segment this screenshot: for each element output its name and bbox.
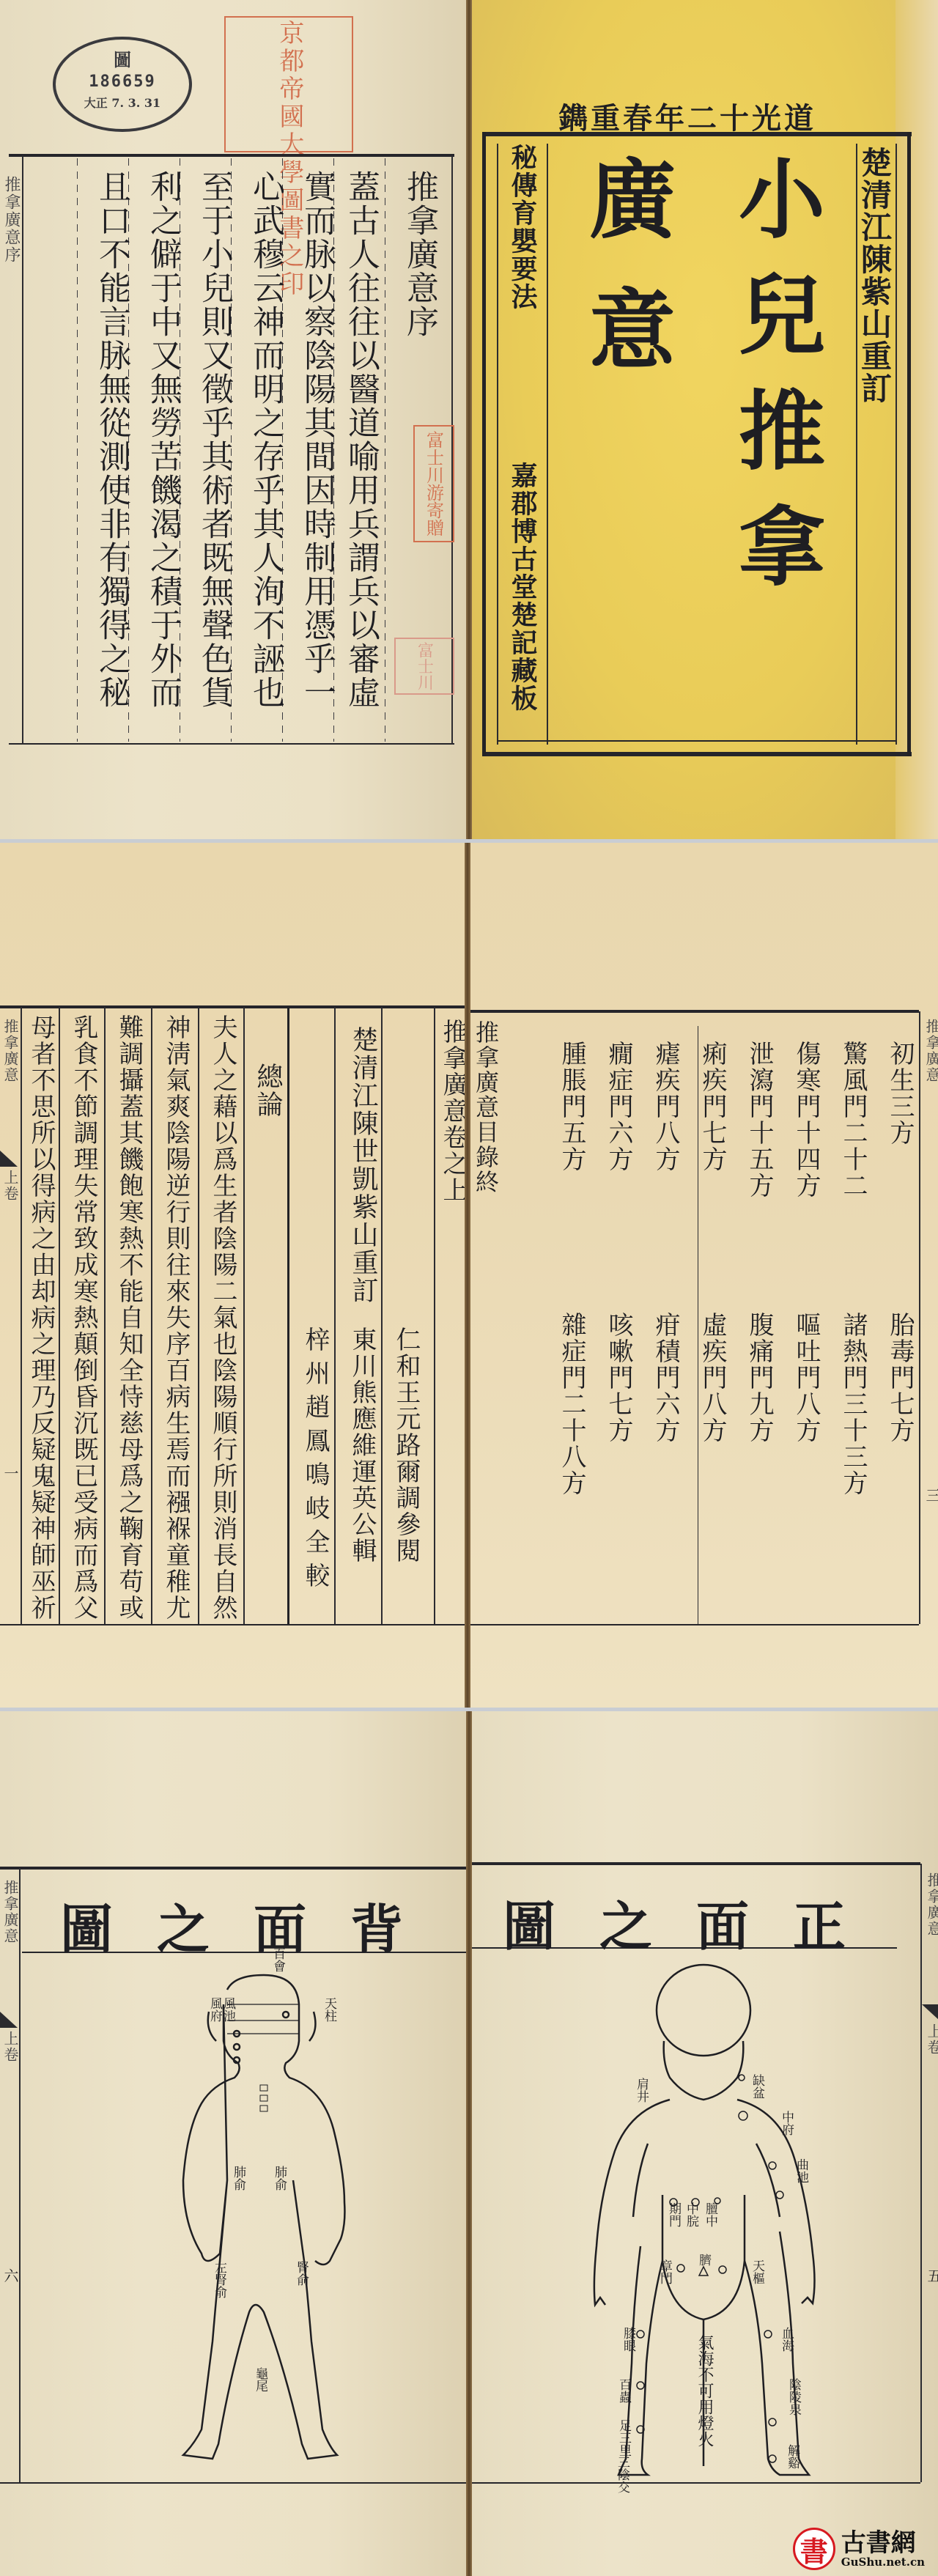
margin-volume: 上卷 (923, 2023, 938, 2056)
body-col-1: 夫人之藉以爲生者陰陽二氣也陰陽順行所則消長自然 (205, 1014, 241, 1621)
stamp-top-glyph: 圖 (56, 45, 189, 71)
margin-volume: 上卷 (0, 1170, 21, 1202)
margin-title: 推拿廣意 (0, 1880, 21, 1944)
acupoint-label: 肩井 (635, 2078, 647, 2103)
acupoint-label: 風池 (221, 1997, 234, 2022)
contents-item: 虛疾門八方 (695, 1312, 731, 1444)
book-spine (466, 0, 472, 839)
title-frame-bottom (482, 752, 912, 756)
gushu-watermark: 書 古書網 GuShu.net.cn (793, 2528, 925, 2570)
page-number: 六 (0, 2268, 21, 2284)
contents-item: 傷寒門十四方 (789, 1041, 824, 1199)
publisher: 嘉郡博古堂楚記藏板 (504, 462, 542, 712)
acupoint-label: 期門 (667, 2202, 679, 2227)
contents-end-note: 推拿廣意目錄終 (470, 1020, 503, 1195)
reviewer-line: 仁和王元路爾調參閱 (388, 1326, 424, 1564)
stamp-date: 大正 7. 3. 31 (56, 94, 189, 111)
acupoint-label: 天柱 (322, 1997, 335, 2022)
contents-page: 推拿廣意目錄終 初生三方 驚風門二十二 傷寒門十四方 泄瀉門十五方 痢疾門七方 … (470, 843, 938, 1708)
spread-title-and-preface: 圖 186659 大正 7. 3. 31 京都帝國大學圖書之印 推拿廣意序 蓋古… (0, 0, 938, 839)
contents-item: 諸熱門三十三方 (835, 1312, 871, 1496)
preface-col-3: 心武穆云神而明之存乎其人洵不誣也 (242, 170, 289, 709)
contents-item: 初生三方 (882, 1041, 918, 1146)
acupoint-label: 解谿 (786, 2444, 798, 2469)
acupoint-label: 足三里 (617, 2419, 629, 2457)
frame-top-rule (0, 1005, 465, 1008)
acupoint-label: 風府 (208, 1997, 221, 2022)
page-number: 三 (922, 1488, 938, 1504)
frame-top-rule (0, 1867, 466, 1870)
compiler-line: 東川熊應維運英公輯 (344, 1326, 380, 1564)
watermark-name: 古書網 (841, 2531, 925, 2555)
proofreader-line: 梓州趙鳳鳴岐全較 (298, 1326, 333, 1596)
watermark-url: GuShu.net.cn (841, 2557, 925, 2568)
front-view-page: 正面之圖 肩井 缺盆 中府 (472, 1711, 938, 2576)
preface-heading: 推拿廣意序 (396, 170, 443, 339)
acupoint-label: 天樞 (750, 2259, 763, 2284)
book-spine (466, 1711, 472, 2576)
body-col-3: 難調攝蓋其饑飽寒熱不能自知全恃慈母爲之鞠育苟或 (111, 1014, 147, 1621)
preface-col-2: 實而脉以察陰陽其間因時制用憑乎一 (293, 170, 340, 709)
margin-volume: 上卷 (0, 2031, 21, 2063)
contents-item: 嘔吐門八方 (789, 1312, 824, 1444)
preface-page: 圖 186659 大正 7. 3. 31 京都帝國大學圖書之印 推拿廣意序 蓋古… (0, 0, 466, 839)
library-oval-stamp: 圖 186659 大正 7. 3. 31 (53, 37, 192, 132)
title-page: 道光十二年春重鐫 楚清江陳紫山重訂 小兒推拿 廣意 秘傳育嬰要法 嘉郡博古堂楚記… (472, 0, 938, 839)
main-title-col-1: 小兒推拿 (731, 154, 818, 617)
book-spine (465, 843, 470, 1708)
spread-contents-and-general-discussion: 推拿廣意卷之上 楚清江陳世凱紫山重訂 仁和王元路爾調參閱 東川熊應維運英公輯 梓… (0, 843, 938, 1708)
acupoint-label: 中府 (780, 2111, 792, 2136)
red-small-seal: 富士川 (394, 638, 454, 695)
page-number: 一 (0, 1466, 21, 1482)
margin-title: 推拿廣意 (922, 1019, 938, 1083)
section-heading: 總論 (249, 1063, 287, 1118)
fishtail-mark (922, 2004, 938, 2020)
body-col-2: 神淸氣爽陰陽逆行則往來失序百病生焉而襁褓童稚尤 (158, 1014, 194, 1621)
contents-item: 咳嗽門七方 (601, 1312, 637, 1444)
contents-item: 瘧疾門八方 (648, 1041, 684, 1173)
contents-item: 疳積門六方 (648, 1312, 684, 1444)
acupoint-label: 左腎俞 (213, 2261, 225, 2298)
volume-heading: 推拿廣意卷之上 (435, 1019, 465, 1203)
preface-col-1: 蓋古人往往以醫道喻用兵謂兵以審虛 (344, 170, 377, 709)
acupoint-label: 中脘 (684, 2202, 697, 2227)
contents-item: 雜症門二十八方 (554, 1312, 590, 1496)
contents-item: 驚風門二十二 (835, 1041, 871, 1199)
acupoint-label: 缺盆 (750, 2074, 763, 2099)
preface-col-5: 利之僻于中又無勞苦饑渴之積于外而 (139, 170, 186, 709)
reviser-line: 楚清江陳世凱紫山重訂 (344, 1026, 382, 1304)
contents-item: 腫脹門五方 (554, 1041, 590, 1173)
acupoint-label: 膝眼 (621, 2327, 634, 2352)
main-title-col-2: 廣意 (582, 154, 668, 415)
margin-title: 推拿廣意序 (0, 176, 23, 264)
contents-item: 泄瀉門十五方 (742, 1041, 778, 1199)
acupoint-label: 陰陵泉 (787, 2378, 799, 2416)
preface-col-6: 且口不能言脉無從測使非有獨得之秘 (88, 170, 135, 709)
reviser-credit: 楚清江陳紫山重訂 (859, 147, 890, 405)
stamp-number: 186659 (56, 73, 189, 91)
red-donor-seal: 富士川游寄贈 (413, 425, 454, 542)
contents-item: 胎毒門七方 (882, 1312, 918, 1444)
subtitle: 秘傳育嬰要法 (504, 144, 542, 311)
acupoint-label: 章門 (658, 2259, 671, 2284)
back-view-heading: 背面之圖 (59, 1887, 447, 1963)
fishtail-mark (0, 1151, 18, 1167)
acupoint-label: 曲池 (794, 2158, 807, 2183)
general-discussion-page: 推拿廣意卷之上 楚清江陳世凱紫山重訂 仁和王元路爾調參閱 東川熊應維運英公輯 梓… (0, 843, 465, 1708)
frame-bottom-rule (0, 1624, 465, 1625)
spread-body-diagrams: 背面之圖 百會 風池 風府 天柱 肺俞 肺俞 左腎俞 腎俞 龜尾 (0, 1711, 938, 2576)
back-view-page: 背面之圖 百會 風池 風府 天柱 肺俞 肺俞 左腎俞 腎俞 龜尾 (0, 1711, 466, 2576)
margin-title: 推拿廣意 (923, 1872, 938, 1937)
frame-top-rule (9, 154, 454, 157)
contents-item: 痢疾門七方 (695, 1041, 731, 1173)
preface-col-4: 至于小兒則又徵乎其術者既無聲色貨 (191, 170, 237, 709)
acupoint-label: 腎俞 (295, 2261, 307, 2286)
acupoint-label: 肺俞 (232, 2166, 244, 2191)
frame-bottom-rule (9, 743, 454, 745)
body-col-4: 乳食不節調理失常致成寒熱顛倒昏沉既已受病而爲父 (66, 1014, 102, 1621)
front-view-heading: 正面之圖 (494, 1884, 890, 1960)
contents-item: 癇症門六方 (601, 1041, 637, 1173)
gushu-logo-icon: 書 (793, 2528, 835, 2570)
acupoint-label: 肺俞 (273, 2166, 285, 2191)
acupoint-label-baihui: 百會 (271, 1947, 284, 1972)
fishtail-mark (0, 2012, 18, 2028)
acupoint-label: 臍 (697, 2254, 709, 2266)
back-view-body-figure (132, 1960, 396, 2473)
moxibustion-warning-note: 氣海不可用燈火 (696, 2334, 712, 2447)
acupoint-label: 百蟲 (617, 2378, 629, 2403)
acupoint-label: 三陰交 (616, 2456, 628, 2493)
acupoint-label: 龜尾 (254, 2367, 266, 2392)
frame-top-rule (470, 1010, 919, 1013)
acupoint-label: 血海 (780, 2327, 792, 2352)
red-library-seal: 京都帝國大學圖書之印 (224, 16, 353, 152)
page-number: 五 (923, 2268, 938, 2284)
frame-top-rule (472, 1862, 920, 1865)
margin-title: 推拿廣意 (0, 1019, 21, 1083)
acupoint-label: 膻中 (703, 2202, 716, 2227)
body-col-5: 母者不思所以得病之由却病之理乃反疑鬼疑神師巫祈 (23, 1014, 59, 1621)
contents-item: 腹痛門九方 (742, 1312, 778, 1444)
title-frame-top (482, 132, 912, 136)
edition-line: 道光十二年春重鐫 (494, 95, 816, 137)
